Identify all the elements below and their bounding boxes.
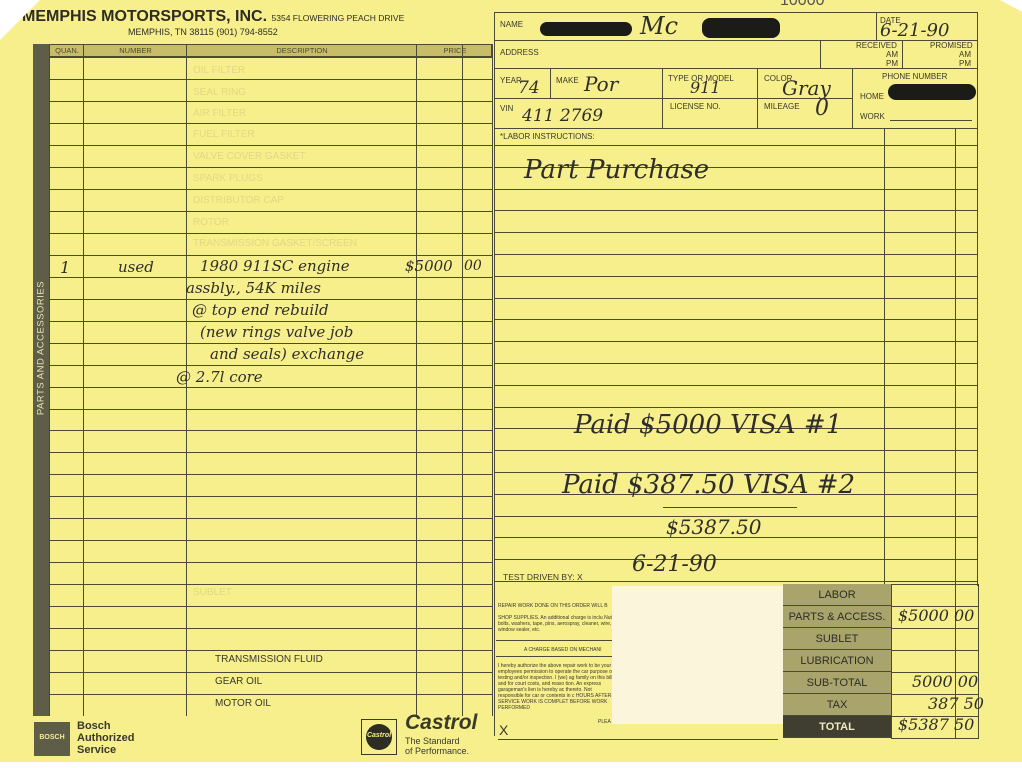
license-label: LICENSE NO.: [670, 102, 721, 111]
entry-number: used: [118, 258, 154, 276]
signature-field[interactable]: [520, 722, 770, 738]
entry-quantity: 1: [60, 258, 70, 277]
item-fuel-filter: FUEL FILTER: [193, 129, 255, 140]
company-name: MEMPHIS MOTORSPORTS, INC.: [22, 8, 267, 25]
home-label: HOME: [860, 92, 884, 101]
item-gear-oil: GEAR OIL: [215, 676, 262, 687]
date-value[interactable]: 6-21-90: [880, 20, 949, 41]
castrol-tagline: The Standard of Performance.: [405, 736, 469, 756]
model-value[interactable]: 911: [690, 78, 721, 97]
received-field[interactable]: RECEIVED: [856, 41, 897, 50]
total-label-lubrication: LUBRICATION: [783, 650, 891, 672]
total-value-total: $5387 50: [898, 715, 974, 734]
vin-value[interactable]: 411 2769: [522, 106, 603, 126]
item-valve-cover-gasket: VALVE COVER GASKET: [193, 151, 305, 162]
col-price: PRICE: [417, 45, 493, 57]
name-redaction: [540, 22, 632, 36]
promised-ampm: AM PM: [959, 50, 971, 68]
form-number: 10000: [780, 0, 825, 10]
received-ampm: AM PM: [886, 50, 898, 68]
payment-total-note: $5387.50: [666, 515, 761, 539]
parts-section-label: PARTS AND ACCESSORIES: [36, 281, 47, 415]
total-label-parts: PARTS & ACCESS.: [783, 606, 891, 628]
item-oil-filter: OIL FILTER: [193, 65, 245, 76]
name-label: NAME: [500, 20, 523, 29]
item-rotor: ROTOR: [193, 217, 229, 228]
promised-label: PROMISED: [930, 41, 973, 50]
year-value[interactable]: 74: [518, 78, 540, 98]
work-label: WORK: [860, 112, 885, 121]
make-label: MAKE: [556, 76, 579, 85]
authorization-text: I hereby authorize the above repair work…: [498, 663, 616, 711]
test-driven-label: TEST DRIVEN BY: X: [503, 572, 583, 582]
company-city-phone: MEMPHIS, TN 38115 (901) 794-8552: [128, 27, 278, 37]
entry-desc-line-4: (new rings valve job: [200, 323, 353, 341]
entry-desc-line-3: @ top end rebuild: [192, 301, 329, 319]
repair-order-form: MEMPHIS MOTORSPORTS, INC. 5354 FLOWERING…: [0, 0, 1022, 762]
total-label-labor: LABOR: [783, 584, 891, 606]
castrol-logo-icon: Castrol: [361, 719, 397, 755]
labor-instructions-value[interactable]: Part Purchase: [524, 155, 709, 185]
item-air-filter: AIR FILTER: [193, 108, 246, 119]
total-label-tax: TAX: [783, 694, 891, 716]
entry-price-cents: 00: [464, 258, 482, 274]
entry-desc-line-1: 1980 911SC engine: [200, 257, 350, 275]
signature-x: X: [499, 722, 508, 738]
total-label-sublet: SUBLET: [783, 628, 891, 650]
col-number: NUMBER: [84, 45, 187, 57]
total-label-total: TOTAL: [783, 716, 891, 738]
charge-notice: A CHARGE BASED ON MECHANI: [524, 647, 618, 653]
company-street: 5354 FLOWERING PEACH DRIVE: [272, 13, 405, 23]
total-label-subtotal: SUB-TOTAL: [783, 672, 891, 694]
payment-note-2: Paid $387.50 VISA #2: [562, 470, 855, 500]
item-spark-plugs: SPARK PLUGS: [193, 173, 263, 184]
company-header: MEMPHIS MOTORSPORTS, INC. 5354 FLOWERING…: [22, 8, 404, 26]
make-value[interactable]: Por: [584, 72, 618, 96]
mileage-label: MILEAGE: [764, 102, 800, 111]
payment-date-note: 6-21-90: [632, 552, 717, 577]
address-label: ADDRESS: [500, 48, 539, 57]
payment-note-1: Paid $5000 VISA #1: [574, 410, 842, 440]
total-value-tax: 387 50: [928, 694, 984, 713]
entry-desc-line-5: and seals) exchange: [210, 345, 364, 363]
labor-instructions-label: *LABOR INSTRUCTIONS:: [500, 132, 595, 141]
parts-table-header: QUAN. NUMBER DESCRIPTION PRICE: [49, 44, 492, 57]
item-sublet: SUBLET: [193, 587, 232, 598]
name-redaction-2: [702, 18, 780, 38]
paper-sticker-overlay: [612, 586, 794, 724]
entry-desc-line-6: @ 2.7l core: [176, 368, 263, 386]
total-value-parts: $5000 00: [898, 606, 974, 625]
castrol-name: Castrol: [405, 711, 477, 735]
phone-redaction: [888, 84, 976, 100]
total-value-subtotal: 5000 00: [912, 672, 978, 691]
col-description: DESCRIPTION: [187, 45, 417, 57]
item-transmission-fluid: TRANSMISSION FLUID: [215, 654, 323, 665]
bosch-text: Bosch Authorized Service: [77, 720, 134, 756]
repair-notice: REPAIR WORK DONE ON THIS ORDER WILL B: [498, 603, 618, 609]
vin-label: VIN: [500, 104, 513, 113]
entry-desc-line-2: assbly., 54K miles: [186, 279, 321, 297]
item-transmission-gasket: TRANSMISSION GASKET/SCREEN: [193, 238, 357, 249]
shop-supplies-notice: SHOP SUPPLIES. An additional charge is i…: [498, 615, 616, 633]
item-distributor-cap: DISTRIBUTOR CAP: [193, 195, 284, 206]
col-quan: QUAN.: [50, 45, 84, 57]
item-motor-oil: MOTOR OIL: [215, 698, 271, 709]
bosch-logo-icon: BOSCH: [34, 722, 70, 756]
entry-price-dollars: $5000: [405, 257, 453, 275]
phone-label: PHONE NUMBER: [882, 72, 947, 81]
name-value[interactable]: Mc: [640, 12, 678, 40]
mileage-value[interactable]: 0: [815, 96, 829, 121]
item-seal-ring: SEAL RING: [193, 87, 246, 98]
